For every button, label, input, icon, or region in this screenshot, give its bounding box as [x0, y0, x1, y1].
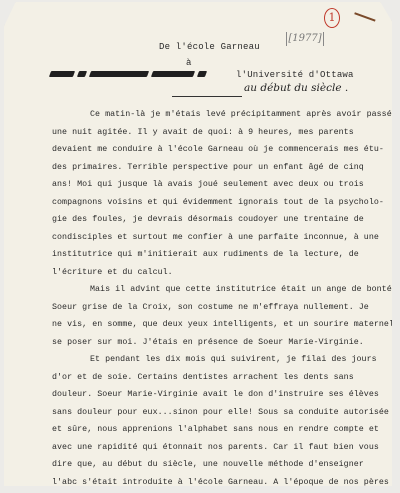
text-line: condisciples et surtout me confier à une… [52, 229, 392, 247]
typewritten-page: 1 [1977] De l'école Garneau à l'Universi… [4, 2, 392, 486]
text-line: et sûre, nous apprenions l'alphabet sans… [52, 421, 392, 439]
text-line: sans douleur pour eux...sinon pour elle!… [52, 404, 392, 422]
text-line: d'or et de soie. Certains dentistes arra… [52, 369, 392, 387]
body-text: Ce matin-là je m'étais levé précipitamme… [52, 106, 392, 491]
year-annotation: [1977] [286, 32, 324, 46]
text-line: des primaires. Terrible perspective pour… [52, 159, 392, 177]
text-line: Ce matin-là je m'étais levé précipitamme… [52, 106, 392, 124]
struck-through-text [50, 70, 210, 77]
title-line-2: à [186, 58, 192, 68]
page-number-annotation: 1 [324, 8, 340, 28]
text-line: compagnons voisins et qui évidemment ign… [52, 194, 392, 212]
handwritten-addition: au début du siècle . [244, 82, 348, 94]
text-line: ne vis, en somme, que deux yeux intellig… [52, 316, 392, 334]
text-line: avec une rapidité qui étonnait nos paren… [52, 439, 392, 457]
title-line-3: l'Université d'Ottawa [236, 70, 354, 80]
title-line-1: De l'école Garneau [159, 42, 260, 52]
text-line: Mais il advint que cette institutrice ét… [52, 281, 392, 299]
text-line: Soeur grise de la Croix, son costume ne … [52, 299, 392, 317]
text-line: Et pendant les dix mois qui suivirent, j… [52, 351, 392, 369]
pin-mark [354, 12, 375, 21]
text-line: institutrice qui m'initierait aux rudime… [52, 246, 392, 264]
text-line: dire que, au début du siècle, une nouvel… [52, 456, 392, 474]
text-line: devaient me conduire à l'école Garneau o… [52, 141, 392, 159]
text-line: ans! Moi qui jusque là avais joué seulem… [52, 176, 392, 194]
text-line: une nuit agitée. Il y avait de quoi: à 9… [52, 124, 392, 142]
text-line: l'abc s'était introduite à l'école Garne… [52, 474, 392, 492]
title-underline [172, 96, 242, 97]
text-line: l'écriture et du calcul. [52, 264, 392, 282]
text-line: se poser sur moi. J'étais en présence de… [52, 334, 392, 352]
text-line: gie des foules, je devrais désormais cou… [52, 211, 392, 229]
text-line: douleur. Soeur Marie-Virginie avait le d… [52, 386, 392, 404]
